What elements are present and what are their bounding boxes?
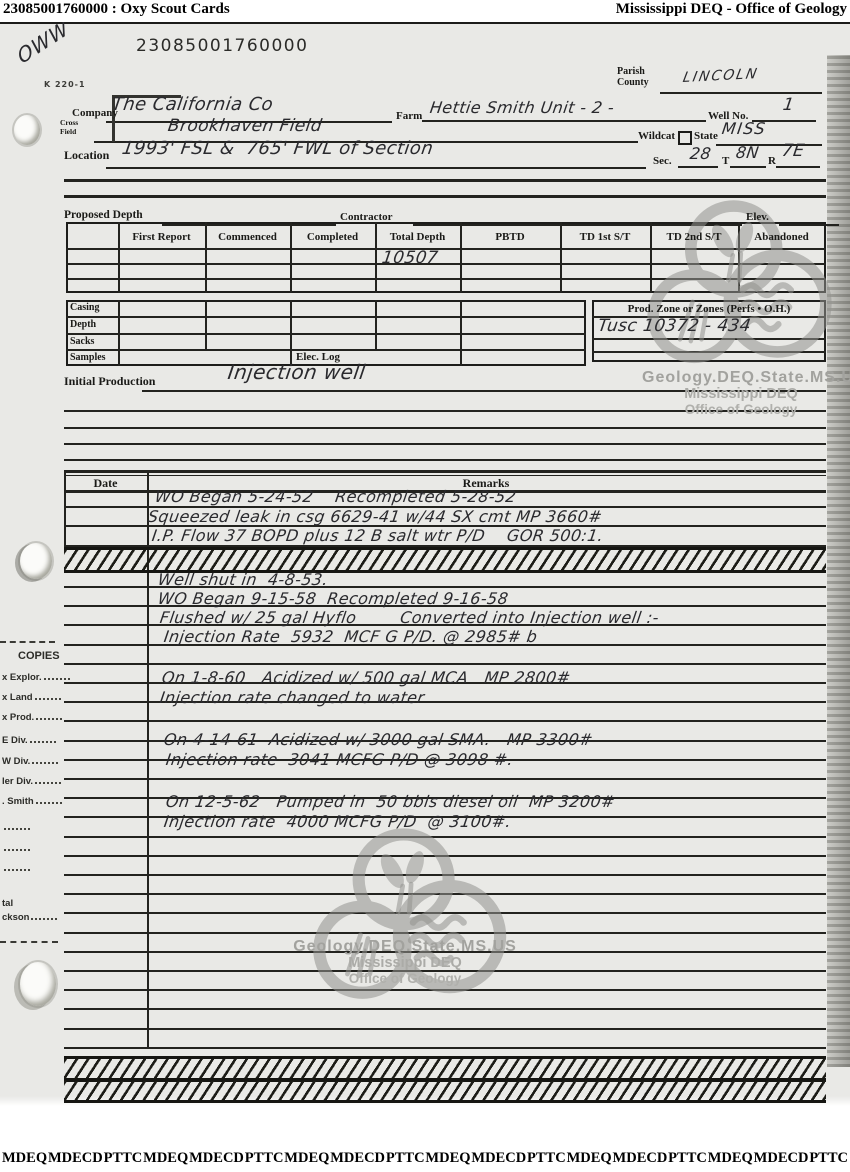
footer-token: MDEQ: [567, 1150, 612, 1167]
casing-row-line: [66, 316, 586, 318]
drilling-column-header: TD 2nd S/T: [650, 231, 738, 243]
dotted-leader: [4, 848, 30, 851]
casing-row-label: Casing: [70, 302, 99, 313]
copies-item: [2, 863, 30, 874]
rule-line: [142, 390, 826, 392]
remarks-rule-line: [64, 1047, 826, 1049]
range-value: 7E: [781, 141, 806, 161]
drilling-table-row-line: [66, 278, 826, 280]
remarks-rule-line: [64, 893, 826, 895]
field-label-top: Cross: [60, 119, 78, 127]
prod-zone-line: [592, 351, 826, 353]
hole-punch: [20, 962, 56, 1006]
remarks-rule-line: [64, 778, 826, 780]
copies-title: COPIES: [18, 650, 60, 662]
copies-item-label: W Div.: [2, 756, 30, 767]
footer-token: PTTC: [386, 1150, 425, 1167]
township-value: 8N: [735, 143, 761, 162]
prod-zone-line: [592, 338, 826, 340]
footer-token: PTTC: [104, 1150, 143, 1167]
rule-line: [678, 166, 718, 168]
rule-line: [660, 92, 822, 94]
dotted-leader: [36, 801, 62, 804]
township-label: T: [722, 155, 729, 167]
footer-token: MDEQ: [2, 1150, 47, 1167]
proposed-depth-label: Proposed Depth: [64, 209, 143, 221]
drilling-column-header: TD 1st S/T: [560, 231, 650, 243]
initial-production-value: Injection well: [226, 360, 367, 384]
dotted-leader: [4, 868, 30, 871]
rule-line: [106, 167, 646, 169]
remark-entry: Injection Rate 5932 MCF G P/D. @ 2985# b: [163, 627, 539, 646]
footer-token: PTTC: [668, 1150, 707, 1167]
casing-row-line: [66, 333, 586, 335]
remark-entry: On 4-14-61 Acidized w/ 3000 gal SMA. MP …: [163, 730, 595, 749]
form-code: K 220-1: [44, 80, 86, 89]
remark-entry: Injection rate changed to water: [159, 688, 426, 707]
drilling-column-header: First Report: [118, 231, 205, 243]
copies-item: x Land: [2, 692, 61, 703]
rule-line: [64, 427, 826, 429]
parish-label: Parish: [617, 66, 645, 77]
copies-item-label: ler Div.: [2, 776, 33, 787]
rule-line: [64, 410, 826, 412]
casing-row-label: Depth: [70, 319, 96, 330]
footer-token: MDECD: [48, 1150, 103, 1167]
prod-zone-label: Prod. Zone or Zones (Perfs • O.H.): [592, 303, 826, 315]
copies-divider: [0, 641, 55, 643]
dotted-leader: [36, 717, 62, 720]
total-depth-value: 10507: [381, 248, 440, 268]
contractor-label: Contractor: [340, 211, 393, 223]
remark-entry: Squeezed leak in csg 6629-41 w/44 SX cmt…: [147, 507, 604, 526]
copies-item: [2, 843, 30, 854]
dotted-leader: [32, 761, 58, 764]
card-number: 23085001760000: [136, 36, 308, 56]
date-column-header: Date: [64, 476, 147, 491]
copies-item-label: E Div.: [2, 735, 28, 746]
remark-entry: WO Began 5-24-52 Recompleted 5-28-52: [154, 487, 518, 506]
farm-label: Farm: [396, 110, 422, 122]
remark-entry: Injection rate 3041 MCFG P/D @ 3098 #.: [165, 750, 515, 769]
copies-item: x Explor.: [2, 672, 70, 683]
footer-token: PTTC: [527, 1150, 566, 1167]
casing-table-divider: [118, 300, 120, 366]
dotted-leader: [30, 740, 56, 743]
footer-token: MDEQ: [708, 1150, 753, 1167]
copies-item: W Div.: [2, 756, 58, 767]
remarks-rule-line: [64, 1008, 826, 1010]
footer-token: PTTC: [809, 1150, 848, 1167]
drilling-column-header: Completed: [290, 231, 375, 243]
scout-card-page: 23085001760000 : Oxy Scout Cards Mississ…: [0, 0, 850, 1172]
dotted-leader: [31, 917, 57, 920]
casing-table-divider: [290, 300, 292, 366]
hatched-void-band: [64, 1078, 826, 1103]
remark-entry: WO Began 9-15-58 Recompleted 9-16-58: [157, 589, 510, 608]
viewer-header-right: Mississippi DEQ - Office of Geology: [616, 1, 847, 18]
drilling-column-header: Total Depth: [375, 231, 460, 243]
copies-item-label: tal: [2, 898, 13, 909]
company-value: The California Co: [111, 94, 275, 115]
remarks-rule-line: [64, 874, 826, 876]
rule-line: [422, 120, 706, 122]
footer-token: PTTC: [245, 1150, 284, 1167]
prod-zone-value: Tusc 10372 - 434: [597, 316, 753, 336]
rule-line: [730, 166, 766, 168]
footer-token: MDEQ: [143, 1150, 188, 1167]
farm-value: Hettie Smith Unit - 2 -: [429, 98, 616, 117]
dotted-leader: [35, 781, 61, 784]
remark-entry: On 1-8-60 Acidized w/ 500 gal MCA MP 280…: [161, 668, 572, 687]
casing-table-divider: [205, 300, 207, 349]
rule-line: [64, 459, 826, 461]
dotted-leader: [44, 677, 70, 680]
remarks-rule-line: [64, 1028, 826, 1030]
copies-item: [2, 822, 30, 833]
dotted-leader: [4, 827, 30, 830]
remark-entry: I.P. Flow 37 BOPD plus 12 B salt wtr P/D…: [151, 526, 605, 545]
state-value: MISS: [721, 119, 768, 138]
copies-divider: [0, 941, 58, 943]
drilling-column-header: Abandoned: [738, 231, 825, 243]
drilling-table-row-line: [66, 248, 826, 250]
sec-label: Sec.: [653, 155, 672, 167]
drilling-column-header: Commenced: [205, 231, 290, 243]
casing-row-label: Sacks: [70, 336, 94, 347]
copies-item: tal: [2, 898, 13, 909]
remarks-rule-line: [64, 663, 826, 665]
copies-item: . Smith: [2, 796, 62, 807]
viewer-header-left: 23085001760000 : Oxy Scout Cards: [3, 1, 230, 18]
copies-item-label: x Land: [2, 692, 33, 703]
footer-token: MDEQ: [425, 1150, 470, 1167]
remarks-rule-line: [64, 989, 826, 991]
copies-item: E Div.: [2, 735, 56, 746]
footer-token: MDECD: [189, 1150, 244, 1167]
copies-item: ler Div.: [2, 776, 61, 787]
location-label: Location: [64, 148, 109, 163]
county-label: County: [617, 77, 649, 88]
viewer-header-bar: 23085001760000 : Oxy Scout Cards Mississ…: [0, 0, 850, 22]
remark-entry: Flushed w/ 25 gal Hyflo Converted into I…: [159, 608, 661, 627]
copies-item: ckson: [2, 912, 57, 923]
drilling-column-header: PBTD: [460, 231, 560, 243]
copies-item-label: . Smith: [2, 796, 34, 807]
range-label: R: [768, 155, 776, 167]
remarks-rule-line: [64, 951, 826, 953]
field-label-bottom: Field: [60, 128, 76, 136]
rule-line: [64, 179, 826, 182]
remarks-rule-line: [64, 836, 826, 838]
copies-item-label: ckson: [2, 912, 29, 923]
footer-token: MDECD: [613, 1150, 668, 1167]
footer-token: MDECD: [471, 1150, 526, 1167]
remark-entry: On 12-5-62 Pumped in 50 bbls diesel oil …: [165, 792, 617, 811]
remarks-rule-line: [64, 720, 826, 722]
remarks-rule-line: [64, 855, 826, 857]
remark-entry: Injection rate 4000 MCFG P/D @ 3100#.: [163, 812, 513, 831]
hole-punch: [14, 115, 40, 145]
casing-table-divider: [375, 300, 377, 349]
state-label: State: [694, 130, 718, 142]
remarks-rule-line: [64, 912, 826, 914]
footer-token: MDECD: [330, 1150, 385, 1167]
copies-item: x Prod.: [2, 712, 62, 723]
copies-item-label: x Explor.: [2, 672, 42, 683]
viewer-footer-bar: MDEQMDECDPTTCMDEQMDECDPTTCMDEQMDECDPTTCM…: [0, 1150, 850, 1167]
sec-value: 28: [689, 144, 713, 163]
casing-row-label: Samples: [70, 352, 106, 363]
initial-production-label: Initial Production: [64, 374, 155, 389]
elev-label: Elev.: [746, 211, 769, 223]
rule-line: [776, 166, 820, 168]
rule-line: [64, 443, 826, 445]
remark-entry: Well shut in 4-8-53.: [157, 570, 330, 589]
remarks-rule-line: [64, 970, 826, 972]
casing-table-divider: [460, 300, 462, 366]
rule-line: [716, 144, 822, 146]
footer-token: MDEQ: [284, 1150, 329, 1167]
remarks-table-top-line: [64, 470, 826, 473]
wildcat-label: Wildcat: [638, 130, 675, 142]
scan-edge-artifact: [827, 55, 850, 1067]
rule-line: [64, 195, 826, 198]
location-value: 1993' FSL & 765' FWL of Section: [121, 138, 435, 159]
remarks-rule-line: [64, 932, 826, 934]
footer-token: MDECD: [754, 1150, 809, 1167]
wildcat-checkbox[interactable]: [678, 131, 692, 145]
copies-item-label: x Prod.: [2, 712, 34, 723]
drilling-table-row-line: [66, 263, 826, 265]
hole-punch: [20, 543, 52, 579]
field-value: Brookhaven Field: [167, 116, 324, 136]
dotted-leader: [35, 697, 61, 700]
